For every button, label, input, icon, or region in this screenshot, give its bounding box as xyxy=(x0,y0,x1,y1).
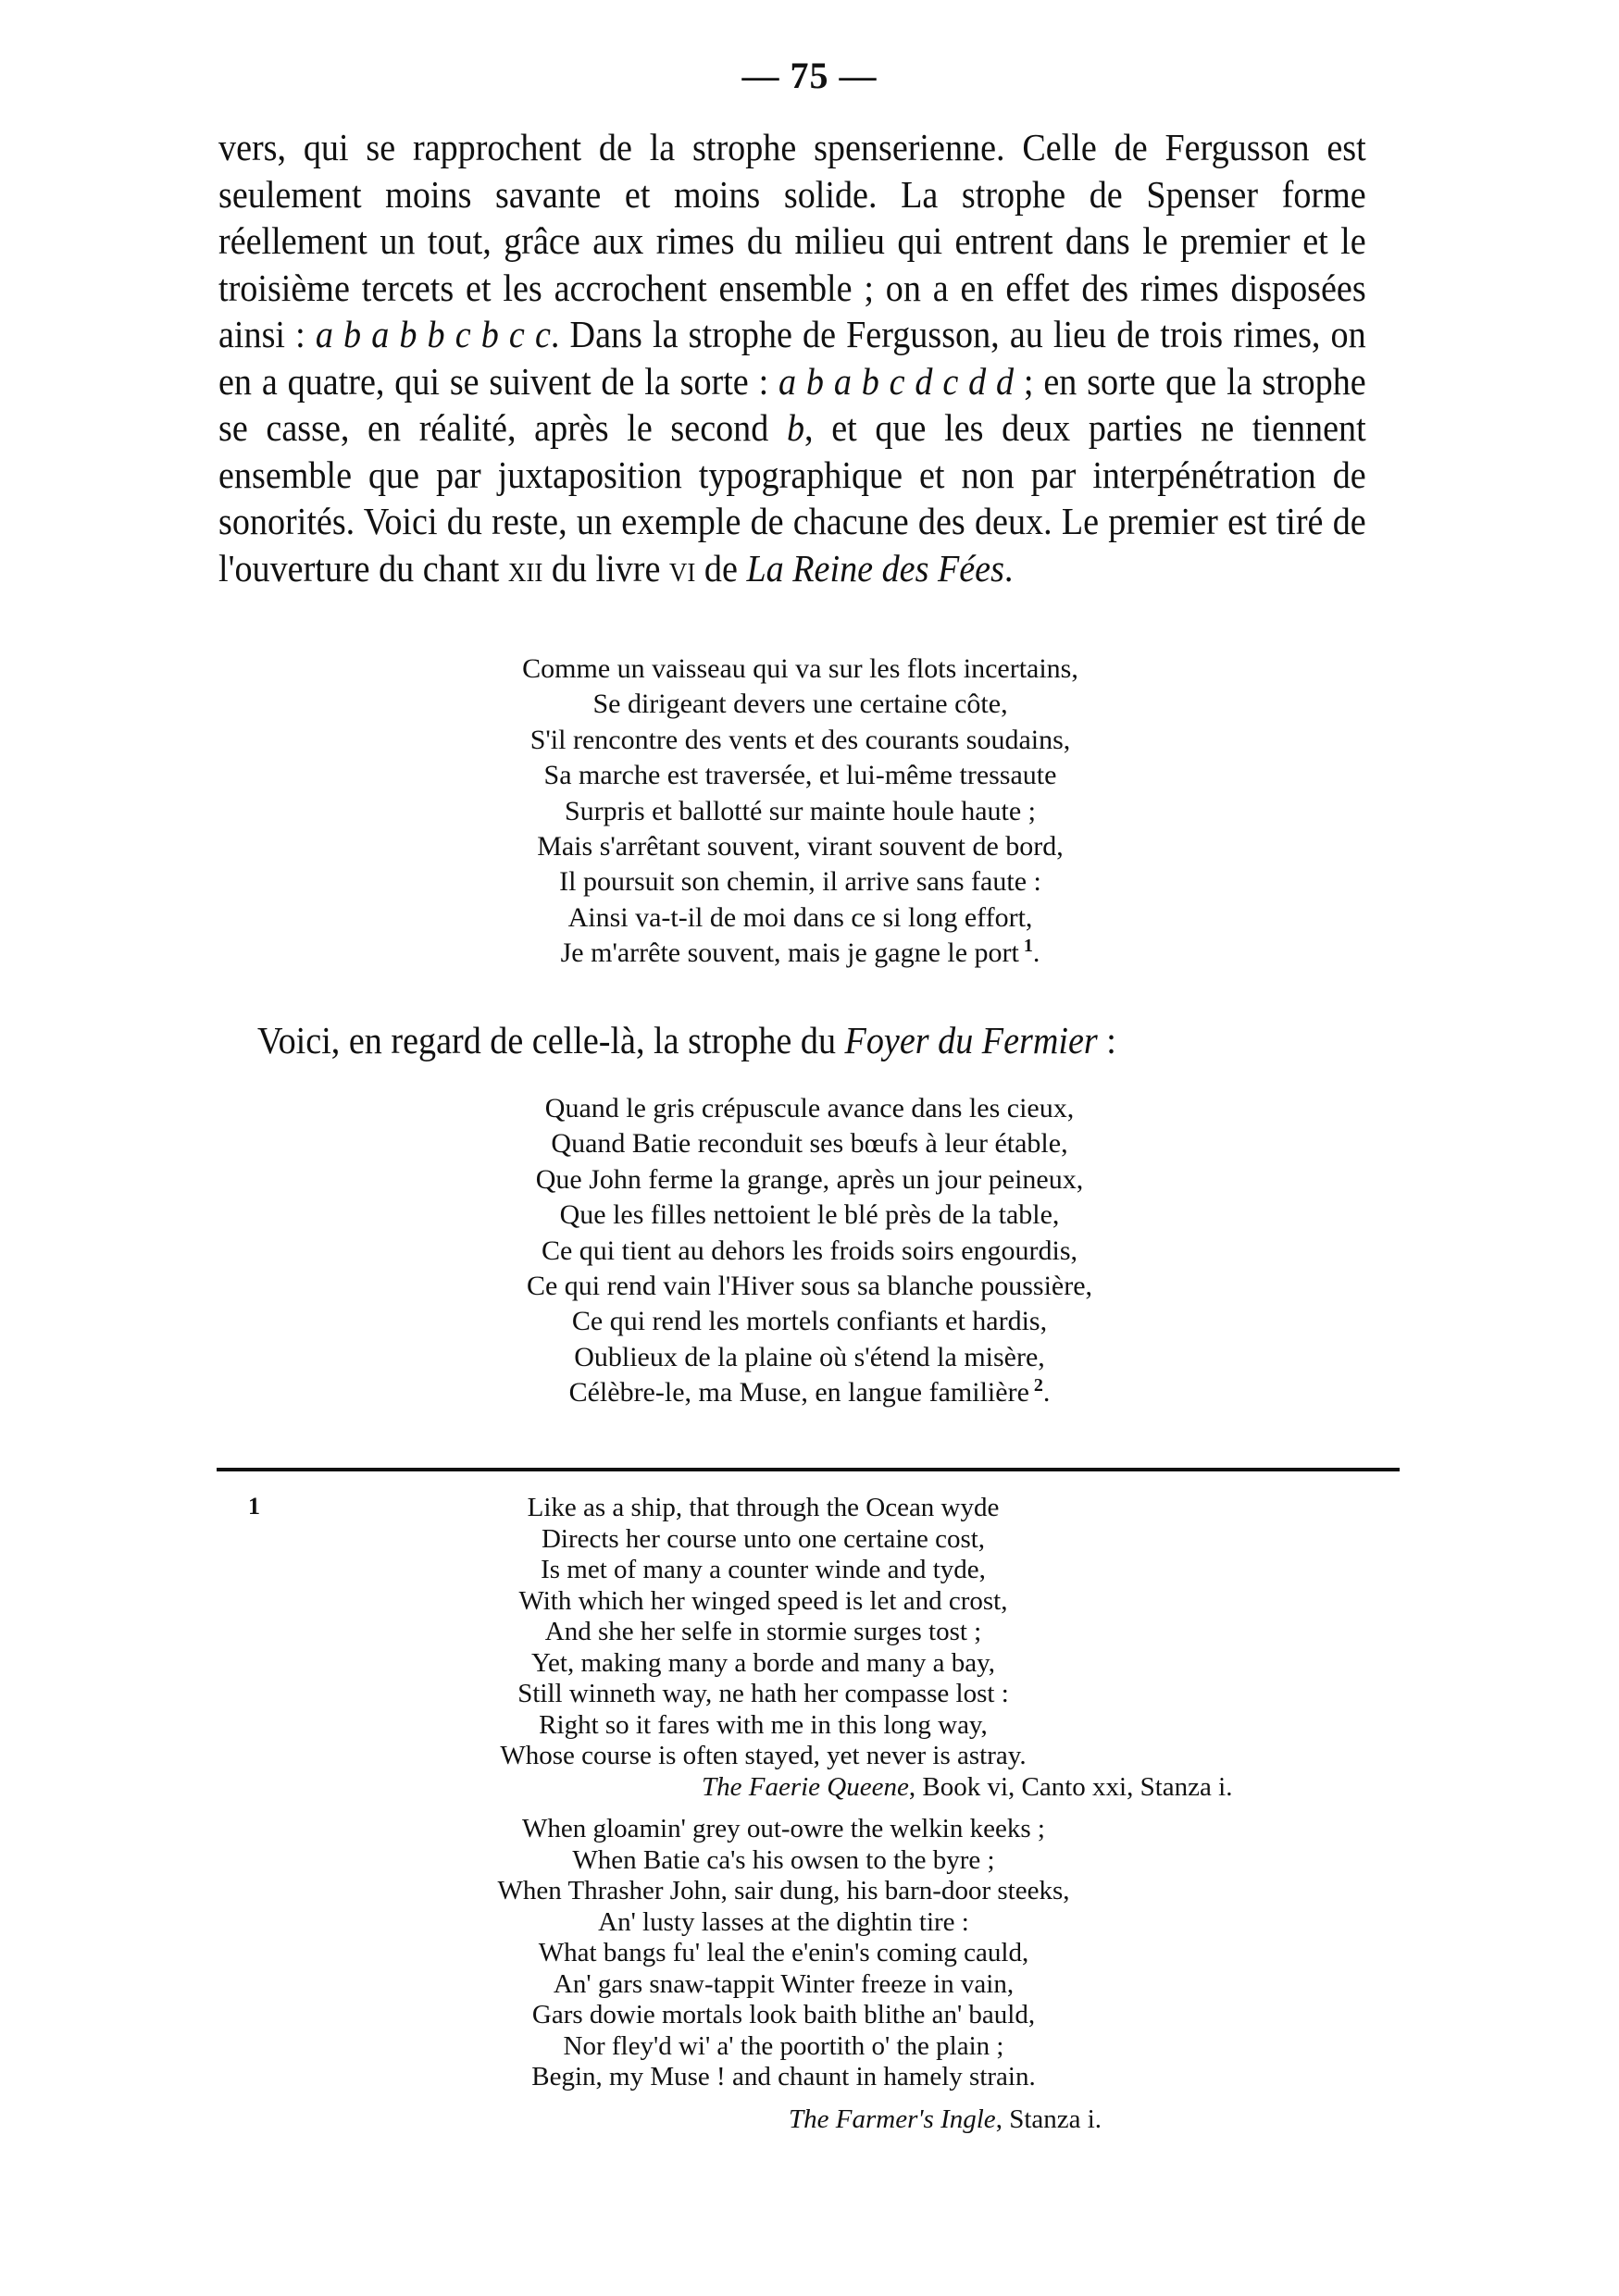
verse-line: What bangs fu' leal the e'enin's coming … xyxy=(0,1938,1593,1969)
verse-line: When Batie ca's his owsen to the byre ; xyxy=(0,1845,1593,1877)
roman-numeral: xii xyxy=(508,547,542,590)
verse-text: Still winneth way, ne hath her compasse … xyxy=(517,1679,1009,1708)
verse-line: An' lusty lasses at the dightin tire : xyxy=(0,1907,1593,1939)
italic-run: La Reine des Fées xyxy=(746,547,1003,590)
citation-detail: , Stanza i. xyxy=(996,2104,1102,2134)
poem-spenser-french: Comme un vaisseau qui va sur les flots i… xyxy=(0,652,1610,972)
verse-line: Sa marche est traversée, et lui-même tre… xyxy=(0,758,1610,793)
verse-text: An' lusty lasses at the dightin tire : xyxy=(598,1907,969,1937)
verse-text: Je m'arrête souvent, mais je gagne le po… xyxy=(561,937,1019,968)
verse-line: Like as a ship, that through the Ocean w… xyxy=(0,1493,1573,1524)
verse-text: Que les filles nettoient le blé près de … xyxy=(560,1199,1060,1230)
verse-text: Begin, my Muse ! and chaunt in hamely st… xyxy=(531,2062,1035,2091)
verse-line: Se dirigeant devers une certaine côte, xyxy=(0,687,1610,722)
footnote-citation-fergusson: The Farmer's Ingle, Stanza i. xyxy=(789,2104,1102,2135)
verse-line: Mais s'arrêtant souvent, virant souvent … xyxy=(0,829,1610,864)
page-number: — 75 — xyxy=(0,54,1619,97)
citation-title: The Farmer's Ingle xyxy=(789,2104,996,2134)
verse-line: Whose course is often stayed, yet never … xyxy=(0,1741,1573,1772)
verse-text: Comme un vaisseau qui va sur les flots i… xyxy=(522,653,1078,684)
verse-line: S'il rencontre des vents et des courants… xyxy=(0,723,1610,758)
verse-line: Right so it fares with me in this long w… xyxy=(0,1710,1573,1742)
verse-text: Nor fley'd wi' a' the poortith o' the pl… xyxy=(564,2031,1004,2061)
verse-line: Surpris et ballotté sur mainte houle hau… xyxy=(0,794,1610,829)
verse-line: Begin, my Muse ! and chaunt in hamely st… xyxy=(0,2062,1593,2093)
verse-text: Quand Batie reconduit ses bœufs à leur é… xyxy=(551,1128,1067,1159)
italic-run: a b a b c d c d d xyxy=(778,360,1014,403)
verse-text: Directs her course unto one certaine cos… xyxy=(542,1524,985,1554)
verse-text: Ce qui rend les mortels confiants et har… xyxy=(572,1306,1047,1336)
verse-text: Que John ferme la grange, après un jour … xyxy=(536,1164,1083,1195)
verse-line: Que les filles nettoient le blé près de … xyxy=(0,1198,1619,1233)
verse-text: Ce qui rend vain l'Hiver sous sa blanche… xyxy=(527,1271,1092,1301)
footnote-separator-rule xyxy=(217,1468,1400,1471)
verse-line: Quand Batie reconduit ses bœufs à leur é… xyxy=(0,1126,1619,1161)
text-run: du livre xyxy=(542,547,669,590)
verse-text: When gloamin' grey out-owre the welkin k… xyxy=(522,1814,1045,1843)
verse-text: Is met of many a counter winde and tyde, xyxy=(541,1555,986,1584)
verse-text: Yet, making many a borde and many a bay, xyxy=(531,1648,995,1678)
footnote-poem-fergusson: When gloamin' grey out-owre the welkin k… xyxy=(0,1814,1593,2093)
italic-run: a b a b b c b c c xyxy=(316,313,551,355)
text-run: . xyxy=(1004,547,1014,590)
verse-text: Quand le gris crépuscule avance dans les… xyxy=(545,1093,1074,1123)
verse-line: An' gars snaw-tappit Winter freeze in va… xyxy=(0,1969,1593,2001)
verse-line: Directs her course unto one certaine cos… xyxy=(0,1524,1573,1556)
verse-text: Il poursuit son chemin, il arrive sans f… xyxy=(559,866,1041,897)
verse-line: Je m'arrête souvent, mais je gagne le po… xyxy=(0,936,1610,971)
verse-text: S'il rencontre des vents et des courants… xyxy=(530,725,1071,755)
verse-text: Ainsi va-t-il de moi dans ce si long eff… xyxy=(568,902,1033,933)
verse-line: Comme un vaisseau qui va sur les flots i… xyxy=(0,652,1610,687)
verse-text: Célèbre-le, ma Muse, en langue familière xyxy=(569,1377,1029,1408)
verse-line: Oublieux de la plaine où s'étend la misè… xyxy=(0,1340,1619,1375)
verse-line: Célèbre-le, ma Muse, en langue familière… xyxy=(0,1375,1619,1410)
verse-text: Gars dowie mortals look baith blithe an'… xyxy=(532,2000,1035,2029)
footnote-poem-spenser: Like as a ship, that through the Ocean w… xyxy=(0,1493,1573,1772)
verse-text: Mais s'arrêtant souvent, virant souvent … xyxy=(537,831,1064,862)
roman-numeral: vi xyxy=(669,547,695,590)
book-page: — 75 — vers, qui se rapprochent de la st… xyxy=(0,0,1619,2296)
verse-text: Right so it fares with me in this long w… xyxy=(539,1710,988,1740)
footnote-reference[interactable]: 1 xyxy=(1019,936,1033,956)
citation-detail: , Book vi, Canto xxi, Stanza i. xyxy=(909,1772,1233,1802)
verse-line: When Thrasher John, sair dung, his barn-… xyxy=(0,1876,1593,1907)
text-run: de xyxy=(695,547,746,590)
verse-text: Surpris et ballotté sur mainte houle hau… xyxy=(565,796,1036,826)
verse-text: Ce qui tient au dehors les froids soirs … xyxy=(542,1235,1077,1266)
citation-title: The Faerie Queene xyxy=(702,1772,909,1802)
verse-line: Gars dowie mortals look baith blithe an'… xyxy=(0,2000,1593,2031)
verse-line: Que John ferme la grange, après un jour … xyxy=(0,1162,1619,1198)
intro-text: Voici, en regard de celle-là, la strophe… xyxy=(257,1019,845,1061)
verse-line: Ce qui tient au dehors les froids soirs … xyxy=(0,1234,1619,1269)
verse-text: With which her winged speed is let and c… xyxy=(519,1586,1008,1616)
verse-line: Ce qui rend les mortels confiants et har… xyxy=(0,1304,1619,1339)
verse-line: And she her selfe in stormie surges tost… xyxy=(0,1617,1573,1648)
verse-line: Yet, making many a borde and many a bay, xyxy=(0,1648,1573,1680)
poem-fergusson-french: Quand le gris crépuscule avance dans les… xyxy=(0,1091,1619,1411)
verse-text: And she her selfe in stormie surges tost… xyxy=(545,1617,981,1646)
verse-text: Se dirigeant devers une certaine côte, xyxy=(592,689,1007,719)
intro-paragraph-2: Voici, en regard de celle-là, la strophe… xyxy=(257,1018,1116,1062)
verse-text: When Batie ca's his owsen to the byre ; xyxy=(572,1845,994,1875)
verse-text: Like as a ship, that through the Ocean w… xyxy=(528,1493,1000,1522)
verse-line: When gloamin' grey out-owre the welkin k… xyxy=(0,1814,1593,1845)
intro-text-end: : xyxy=(1098,1019,1116,1061)
verse-line: Nor fley'd wi' a' the poortith o' the pl… xyxy=(0,2031,1593,2063)
footnote-reference[interactable]: 2 xyxy=(1029,1375,1043,1396)
verse-text: Whose course is often stayed, yet never … xyxy=(500,1741,1026,1770)
verse-text: An' gars snaw-tappit Winter freeze in va… xyxy=(554,1969,1014,1999)
verse-line: Is met of many a counter winde and tyde, xyxy=(0,1555,1573,1586)
verse-text: When Thrasher John, sair dung, his barn-… xyxy=(498,1876,1070,1905)
verse-line: Ce qui rend vain l'Hiver sous sa blanche… xyxy=(0,1269,1619,1304)
verse-line: With which her winged speed is let and c… xyxy=(0,1586,1573,1618)
body-paragraph: vers, qui se rapprochent de la strophe s… xyxy=(218,124,1366,591)
work-title: Foyer du Fermier xyxy=(845,1019,1098,1061)
verse-text: What bangs fu' leal the e'enin's coming … xyxy=(539,1938,1028,1967)
verse-line: Ainsi va-t-il de moi dans ce si long eff… xyxy=(0,900,1610,936)
verse-text: Oublieux de la plaine où s'étend la misè… xyxy=(574,1342,1045,1372)
footnote-citation-spenser: The Faerie Queene, Book vi, Canto xxi, S… xyxy=(702,1772,1232,1803)
verse-line: Il poursuit son chemin, il arrive sans f… xyxy=(0,864,1610,900)
verse-text: Sa marche est traversée, et lui-même tre… xyxy=(544,760,1057,790)
verse-line: Still winneth way, ne hath her compasse … xyxy=(0,1679,1573,1710)
verse-line: Quand le gris crépuscule avance dans les… xyxy=(0,1091,1619,1126)
italic-run: b xyxy=(787,406,804,449)
